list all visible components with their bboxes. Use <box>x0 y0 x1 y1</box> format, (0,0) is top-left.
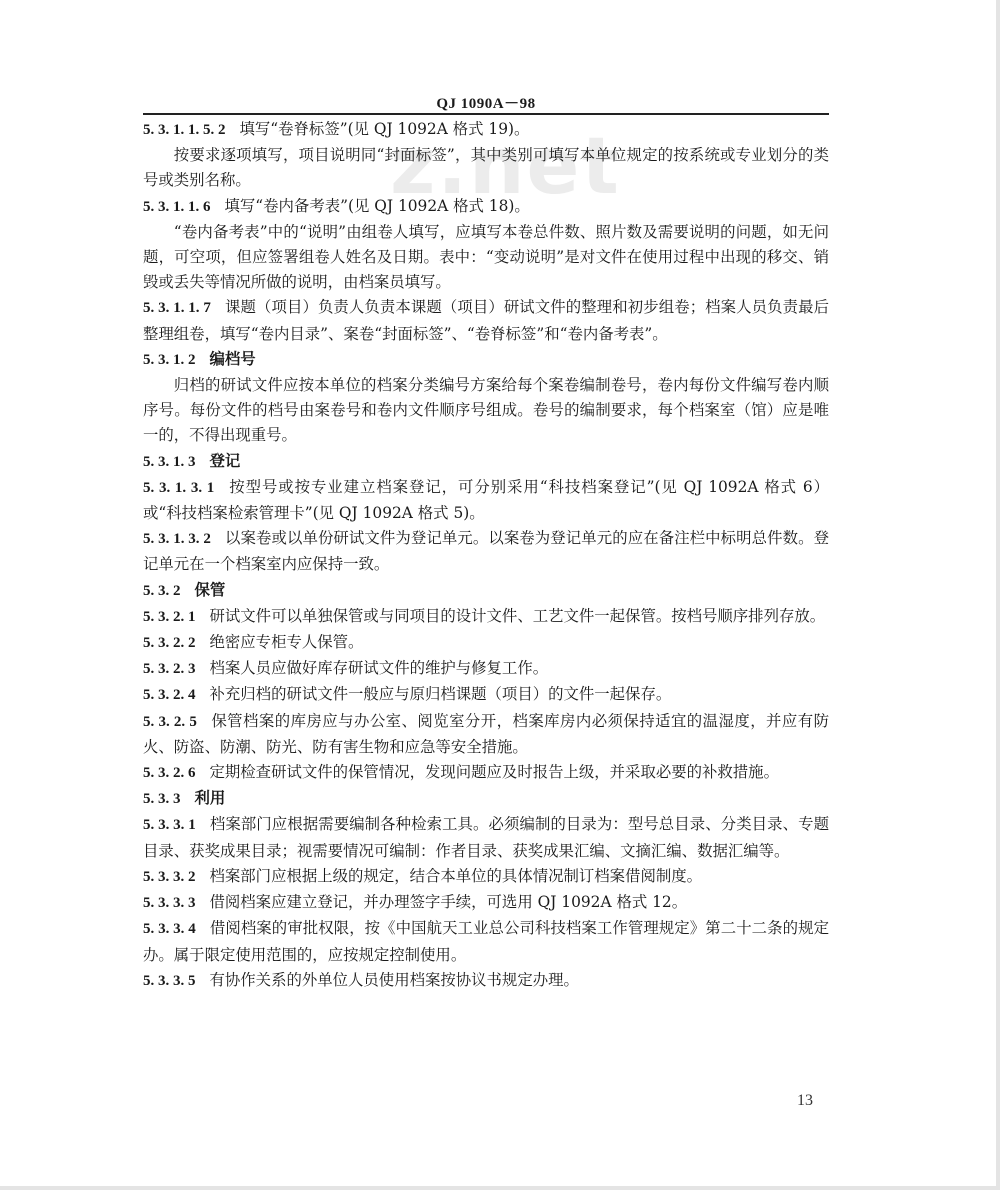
clause-number: 5. 3. 2. 5 <box>143 714 197 730</box>
clause-5-3-3-1: 5. 3. 3. 1档案部门应根据需要编制各种检索工具。必须编制的目录为：型号总… <box>143 812 829 863</box>
clause-text: 填写“卷内备考表”(见 QJ 1092A 格式 18)。 <box>225 197 530 215</box>
section-heading-5-3-3: 5. 3. 3利用 <box>143 786 829 812</box>
clause-text: 保管档案的库房应与办公室、阅览室分开，档案库房内必须保持适宜的温湿度，并应有防火… <box>143 712 829 756</box>
clause-number: 5. 3. 2. 4 <box>143 687 196 703</box>
clause-5-3-2-4: 5. 3. 2. 4补充归档的研试文件一般应与原归档课题（项目）的文件一起保存。 <box>143 682 829 708</box>
clause-text: 定期检查研试文件的保管情况，发现问题应及时报告上级，并采取必要的补救措施。 <box>210 763 779 781</box>
clause-number: 5. 3. 3. 5 <box>143 973 196 989</box>
clause-5-3-1-3-2: 5. 3. 1. 3. 2以案卷或以单份研试文件为登记单元。以案卷为登记单元的应… <box>143 526 829 577</box>
clause-5-3-3-3: 5. 3. 3. 3借阅档案应建立登记，并办理签字手续，可选用 QJ 1092A… <box>143 890 829 916</box>
clause-number: 5. 3. 1. 1. 7 <box>143 300 211 316</box>
clause-5-3-1-1-6: 5. 3. 1. 1. 6填写“卷内备考表”(见 QJ 1092A 格式 18)… <box>143 194 829 220</box>
clause-5-3-1-1-7: 5. 3. 1. 1. 7课题（项目）负责人负责本课题（项目）研试文件的整理和初… <box>143 295 829 346</box>
clause-text: 以案卷或以单份研试文件为登记单元。以案卷为登记单元的应在备注栏中标明总件数。登记… <box>143 529 829 573</box>
section-number: 5. 3. 1. 3 <box>143 454 196 470</box>
page-header: QJ 1090A－98 <box>143 92 829 113</box>
paragraph: 按要求逐项填写，项目说明同“封面标签”，其中类别可填写本单位规定的按系统或专业划… <box>143 143 829 193</box>
clause-5-3-1-1-5-2: 5. 3. 1. 1. 5. 2填写“卷脊标签”(见 QJ 1092A 格式 1… <box>143 117 829 143</box>
clause-text: 填写“卷脊标签”(见 QJ 1092A 格式 19)。 <box>240 120 530 138</box>
clause-5-3-2-5: 5. 3. 2. 5保管档案的库房应与办公室、阅览室分开，档案库房内必须保持适宜… <box>143 709 829 760</box>
section-title: 保管 <box>195 581 226 599</box>
clause-number: 5. 3. 1. 3. 1 <box>143 480 214 496</box>
section-number: 5. 3. 2 <box>143 583 181 599</box>
section-title: 登记 <box>210 452 241 470</box>
section-title: 编档号 <box>210 350 256 368</box>
clause-number: 5. 3. 2. 1 <box>143 609 196 625</box>
clause-text: 档案部门应根据需要编制各种检索工具。必须编制的目录为：型号总目录、分类目录、专题… <box>143 815 829 859</box>
clause-number: 5. 3. 1. 3. 2 <box>143 531 211 547</box>
clause-5-3-2-6: 5. 3. 2. 6定期检查研试文件的保管情况，发现问题应及时报告上级，并采取必… <box>143 760 829 786</box>
clause-text: 档案人员应做好库存研试文件的维护与修复工作。 <box>210 659 549 677</box>
clause-5-3-2-2: 5. 3. 2. 2绝密应专柜专人保管。 <box>143 630 829 656</box>
section-heading-5-3-2: 5. 3. 2保管 <box>143 578 829 604</box>
clause-5-3-3-2: 5. 3. 3. 2档案部门应根据上级的规定，结合本单位的具体情况制订档案借阅制… <box>143 864 829 890</box>
paragraph: “卷内备考表”中的“说明”由组卷人填写，应填写本卷总件数、照片数及需要说明的问题… <box>143 220 829 296</box>
paragraph: 归档的研试文件应按本单位的档案分类编号方案给每个案卷编制卷号，卷内每份文件编写卷… <box>143 373 829 449</box>
clause-5-3-2-1: 5. 3. 2. 1研试文件可以单独保管或与同项目的设计文件、工艺文件一起保管。… <box>143 604 829 630</box>
clause-text: 绝密应专柜专人保管。 <box>210 633 364 651</box>
clause-number: 5. 3. 2. 3 <box>143 661 196 677</box>
clause-text: 借阅档案应建立登记，并办理签字手续，可选用 QJ 1092A 格式 12。 <box>210 893 688 911</box>
clause-number: 5. 3. 3. 1 <box>143 817 196 833</box>
section-number: 5. 3. 3 <box>143 791 181 807</box>
clause-text: 课题（项目）负责人负责本课题（项目）研试文件的整理和初步组卷；档案人员负责最后整… <box>143 298 829 342</box>
clause-text: 补充归档的研试文件一般应与原归档课题（项目）的文件一起保存。 <box>210 685 672 703</box>
clause-number: 5. 3. 2. 2 <box>143 635 196 651</box>
clause-number: 5. 3. 1. 1. 5. 2 <box>143 122 226 138</box>
page-number: 13 <box>797 1092 813 1110</box>
clause-5-3-3-5: 5. 3. 3. 5有协作关系的外单位人员使用档案按协议书规定办理。 <box>143 968 829 994</box>
clause-text: 研试文件可以单独保管或与同项目的设计文件、工艺文件一起保管。按档号顺序排列存放。 <box>210 607 826 625</box>
clause-text: 按型号或按专业建立档案登记，可分别采用“科技档案登记”(见 QJ 1092A 格… <box>143 478 829 522</box>
section-heading-5-3-1-3: 5. 3. 1. 3登记 <box>143 449 829 475</box>
clause-5-3-3-4: 5. 3. 3. 4借阅档案的审批权限，按《中国航天工业总公司科技档案工作管理规… <box>143 916 829 967</box>
section-number: 5. 3. 1. 2 <box>143 352 196 368</box>
clause-text: 借阅档案的审批权限，按《中国航天工业总公司科技档案工作管理规定》第二十二条的规定… <box>143 919 829 963</box>
clause-5-3-1-3-1: 5. 3. 1. 3. 1按型号或按专业建立档案登记，可分别采用“科技档案登记”… <box>143 475 829 526</box>
clause-5-3-2-3: 5. 3. 2. 3档案人员应做好库存研试文件的维护与修复工作。 <box>143 656 829 682</box>
clause-number: 5. 3. 2. 6 <box>143 765 196 781</box>
clause-text: 档案部门应根据上级的规定，结合本单位的具体情况制订档案借阅制度。 <box>210 867 703 885</box>
clause-number: 5. 3. 1. 1. 6 <box>143 199 211 215</box>
section-heading-5-3-1-2: 5. 3. 1. 2编档号 <box>143 347 829 373</box>
section-title: 利用 <box>195 789 226 807</box>
clause-text: 有协作关系的外单位人员使用档案按协议书规定办理。 <box>210 971 579 989</box>
clause-number: 5. 3. 3. 4 <box>143 921 196 937</box>
document-body: 5. 3. 1. 1. 5. 2填写“卷脊标签”(见 QJ 1092A 格式 1… <box>143 117 829 994</box>
clause-number: 5. 3. 3. 2 <box>143 869 196 885</box>
header-rule <box>143 113 829 115</box>
document-page: z.net QJ 1090A－98 5. 3. 1. 1. 5. 2填写“卷脊标… <box>0 0 1000 1190</box>
clause-number: 5. 3. 3. 3 <box>143 895 196 911</box>
